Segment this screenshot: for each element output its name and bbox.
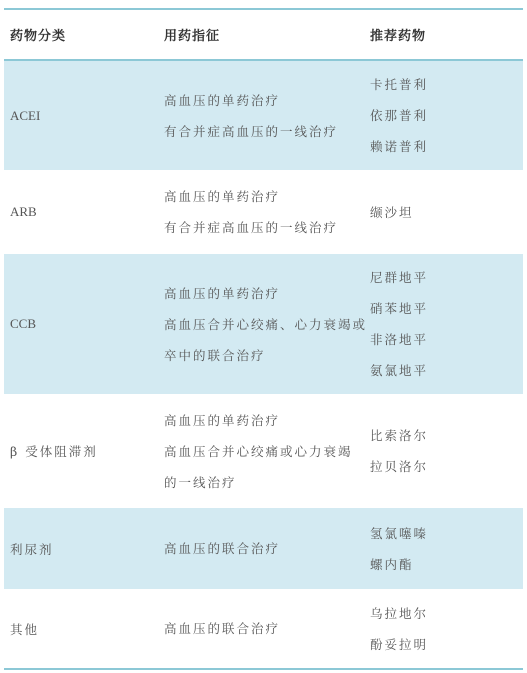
category-cell: 其他 — [4, 620, 164, 638]
table-row: 利尿剂 高血压的联合治疗 氢氯噻嗪 螺内酯 — [4, 508, 523, 589]
header-indication: 用药指征 — [164, 25, 370, 44]
drugs-cell: 乌拉地尔 酚妥拉明 — [370, 598, 523, 660]
header-category: 药物分类 — [4, 25, 164, 44]
category-cell: CCB — [4, 316, 164, 332]
table-row: CCB 高血压的单药治疗 高血压合并心绞痛、心力衰竭或 卒中的联合治疗 尼群地平… — [4, 254, 523, 394]
indication-cell: 高血压的单药治疗 高血压合并心绞痛、心力衰竭或 卒中的联合治疗 — [164, 278, 370, 371]
category-cell: 利尿剂 — [4, 540, 164, 558]
indication-cell: 高血压的单药治疗 高血压合并心绞痛或心力衰竭 的一线治疗 — [164, 405, 370, 498]
drugs-cell: 比索洛尔 拉贝洛尔 — [370, 420, 523, 482]
table-row: ARB 高血压的单药治疗 有合并症高血压的一线治疗 缬沙坦 — [4, 170, 523, 254]
indication-cell: 高血压的单药治疗 有合并症高血压的一线治疗 — [164, 85, 370, 147]
drugs-cell: 缬沙坦 — [370, 197, 523, 228]
category-cell: ACEI — [4, 108, 164, 124]
drug-table: 药物分类 用药指征 推荐药物 ACEI 高血压的单药治疗 有合并症高血压的一线治… — [4, 8, 523, 670]
table-header: 药物分类 用药指征 推荐药物 — [4, 10, 523, 61]
drugs-cell: 尼群地平 硝苯地平 非洛地平 氨氯地平 — [370, 262, 523, 386]
indication-cell: 高血压的单药治疗 有合并症高血压的一线治疗 — [164, 181, 370, 243]
indication-cell: 高血压的联合治疗 — [164, 613, 370, 644]
drugs-cell: 氢氯噻嗪 螺内酯 — [370, 518, 523, 580]
header-drugs: 推荐药物 — [370, 25, 523, 44]
table-row: ACEI 高血压的单药治疗 有合并症高血压的一线治疗 卡托普利 依那普利 赖诺普… — [4, 61, 523, 170]
table-row: β 受体阻滞剂 高血压的单药治疗 高血压合并心绞痛或心力衰竭 的一线治疗 比索洛… — [4, 394, 523, 508]
table-row: 其他 高血压的联合治疗 乌拉地尔 酚妥拉明 — [4, 589, 523, 668]
indication-cell: 高血压的联合治疗 — [164, 533, 370, 564]
drugs-cell: 卡托普利 依那普利 赖诺普利 — [370, 69, 523, 162]
category-cell: β 受体阻滞剂 — [4, 442, 164, 460]
category-cell: ARB — [4, 204, 164, 220]
